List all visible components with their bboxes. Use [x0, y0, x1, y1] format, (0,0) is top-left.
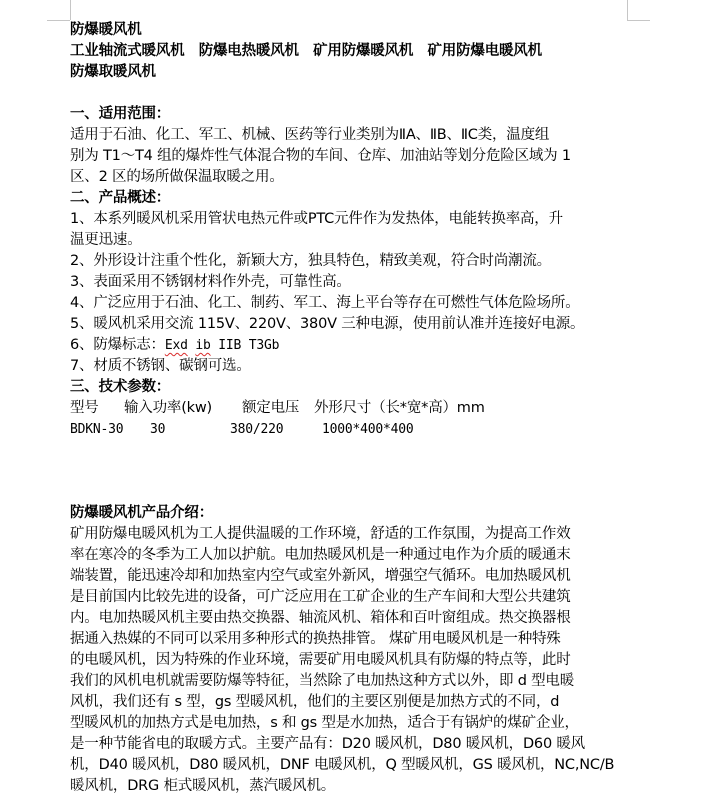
param-header-power: 输入功率(kw) — [124, 398, 242, 419]
blank-line — [70, 461, 630, 482]
document-page[interactable]: 防爆暖风机 工业轴流式暖风机 防爆电热暖风机 矿用防爆暖风机 矿用防爆电暖风机 … — [70, 20, 630, 793]
tech-params-row: BDKN-30 30 380/220 1000*400*400 — [70, 419, 630, 440]
overview-item: 4、广泛应用于石油、化工、制药、军工、海上平台等存在可燃性气体危险场所。 — [70, 293, 630, 314]
intro-line: 据通入热媒的不同可以采用多种形式的换热排管。 煤矿用电暖风机是一种特殊 — [70, 629, 625, 650]
spellcheck-word-ib[interactable]: ib — [195, 338, 210, 353]
crop-mark-top-left-vertical — [70, 0, 71, 20]
scope-text-line: 别为 T1～T4 组的爆炸性气体混合物的车间、仓库、加油站等划分危险区域为 1 — [70, 146, 630, 167]
param-power: 30 — [150, 419, 230, 440]
tech-params-header-row: 型号 输入功率(kw) 额定电压 外形尺寸（长*宽*高）mm — [70, 398, 630, 419]
blank-line — [70, 83, 630, 104]
intro-line: 型暖风机的加热方式是电加热，s 和 gs 型是水加热，适合于有锅炉的煤矿企业， — [70, 713, 625, 734]
param-dimensions: 1000*400*400 — [322, 419, 414, 440]
blank-line — [70, 482, 630, 503]
explosion-mark-label: 6、防爆标志： — [70, 337, 165, 353]
intro-line: 暖风机，DRG 柜式暖风机，蒸汽暖风机。 — [70, 776, 625, 793]
overview-item: 5、暖风机采用交流 115V、220V、380V 三种电源，使用前认准并连接好电… — [70, 314, 630, 335]
intro-line: 风机，我们还有 s 型，gs 型暖风机，他们的主要区别便是加热方式的不同，d — [70, 692, 625, 713]
spellcheck-word-exd[interactable]: Exd — [165, 338, 188, 353]
intro-line: 是一种节能省电的取暖方式。主要产品有：D20 暖风机，D80 暖风机，D60 暖… — [70, 734, 625, 755]
overview-heading: 二、产品概述： — [70, 188, 630, 209]
param-model: BDKN-30 — [70, 419, 150, 440]
overview-item: 3、表面采用不锈钢材料作外壳，可靠性高。 — [70, 272, 630, 293]
tech-params-heading: 三、技术参数： — [70, 377, 630, 398]
product-keywords-line: 工业轴流式暖风机 防爆电热暖风机 矿用防爆暖风机 矿用防爆电暖风机 — [70, 41, 630, 62]
param-header-voltage: 额定电压 — [242, 398, 314, 419]
blank-line — [70, 440, 630, 461]
intro-line: 率在寒冷的冬季为工人加以护航。电加热暖风机是一种通过电作为介质的暖通末 — [70, 545, 625, 566]
overview-item: 2、外形设计注重个性化，新颖大方，独具特色，精致美观，符合时尚潮流。 — [70, 251, 630, 272]
overview-item: 温更迅速。 — [70, 230, 630, 251]
overview-item: 1、本系列暖风机采用管状电热元件或PTC元件作为发热体，电能转换率高，升 — [70, 209, 630, 230]
crop-mark-top-right-horizontal — [627, 20, 650, 21]
param-header-model: 型号 — [70, 398, 124, 419]
intro-line: 矿用防爆电暖风机为工人提供温暖的工作环境，舒适的工作氛围，为提高工作效 — [70, 524, 625, 545]
intro-paragraph: 矿用防爆电暖风机为工人提供温暖的工作环境，舒适的工作氛围，为提高工作效 率在寒冷… — [70, 524, 625, 793]
explosion-mark-rest: IIB T3Gb — [218, 338, 279, 353]
param-voltage: 380/220 — [230, 419, 322, 440]
crop-mark-top-right-vertical — [627, 0, 628, 20]
intro-heading: 防爆暖风机产品介绍： — [70, 503, 630, 524]
param-header-dimensions: 外形尺寸（长*宽*高）mm — [314, 398, 485, 419]
intro-line: 的电暖风机，因为特殊的作业环境，需要矿用电暖风机具有防爆的特点等，此时 — [70, 650, 625, 671]
scope-text-line: 区、2 区的场所做保温取暖之用。 — [70, 167, 630, 188]
crop-mark-top-left-horizontal — [47, 20, 70, 21]
intro-line: 是目前国内比较先进的设备，可广泛应用在工矿企业的生产车间和大型公共建筑 — [70, 587, 625, 608]
document-title: 防爆暖风机 — [70, 20, 630, 41]
scope-text-line: 适用于石油、化工、军工、机械、医药等行业类别为ⅡA、ⅡB、ⅡC类，温度组 — [70, 125, 630, 146]
intro-line: 我们的风机电机就需要防爆等特征，当然除了电加热这种方式以外，即 d 型电暖 — [70, 671, 625, 692]
intro-line: 端装置，能迅速冷却和加热室内空气或室外新风，增强空气循环。电加热暖风机 — [70, 566, 625, 587]
overview-item: 7、材质不锈钢、碳钢可选。 — [70, 356, 630, 377]
overview-item-explosion-mark: 6、防爆标志：Exd ib IIB T3Gb — [70, 335, 630, 356]
scope-heading: 一、适用范围： — [70, 104, 630, 125]
product-keywords-line-2: 防爆取暖风机 — [70, 62, 630, 83]
intro-line: 内。电加热暖风机主要由热交换器、轴流风机、箱体和百叶窗组成。热交换器根 — [70, 608, 625, 629]
intro-line: 机，D40 暖风机，D80 暖风机，DNF 电暖风机，Q 型暖风机，GS 暖风机… — [70, 755, 625, 776]
